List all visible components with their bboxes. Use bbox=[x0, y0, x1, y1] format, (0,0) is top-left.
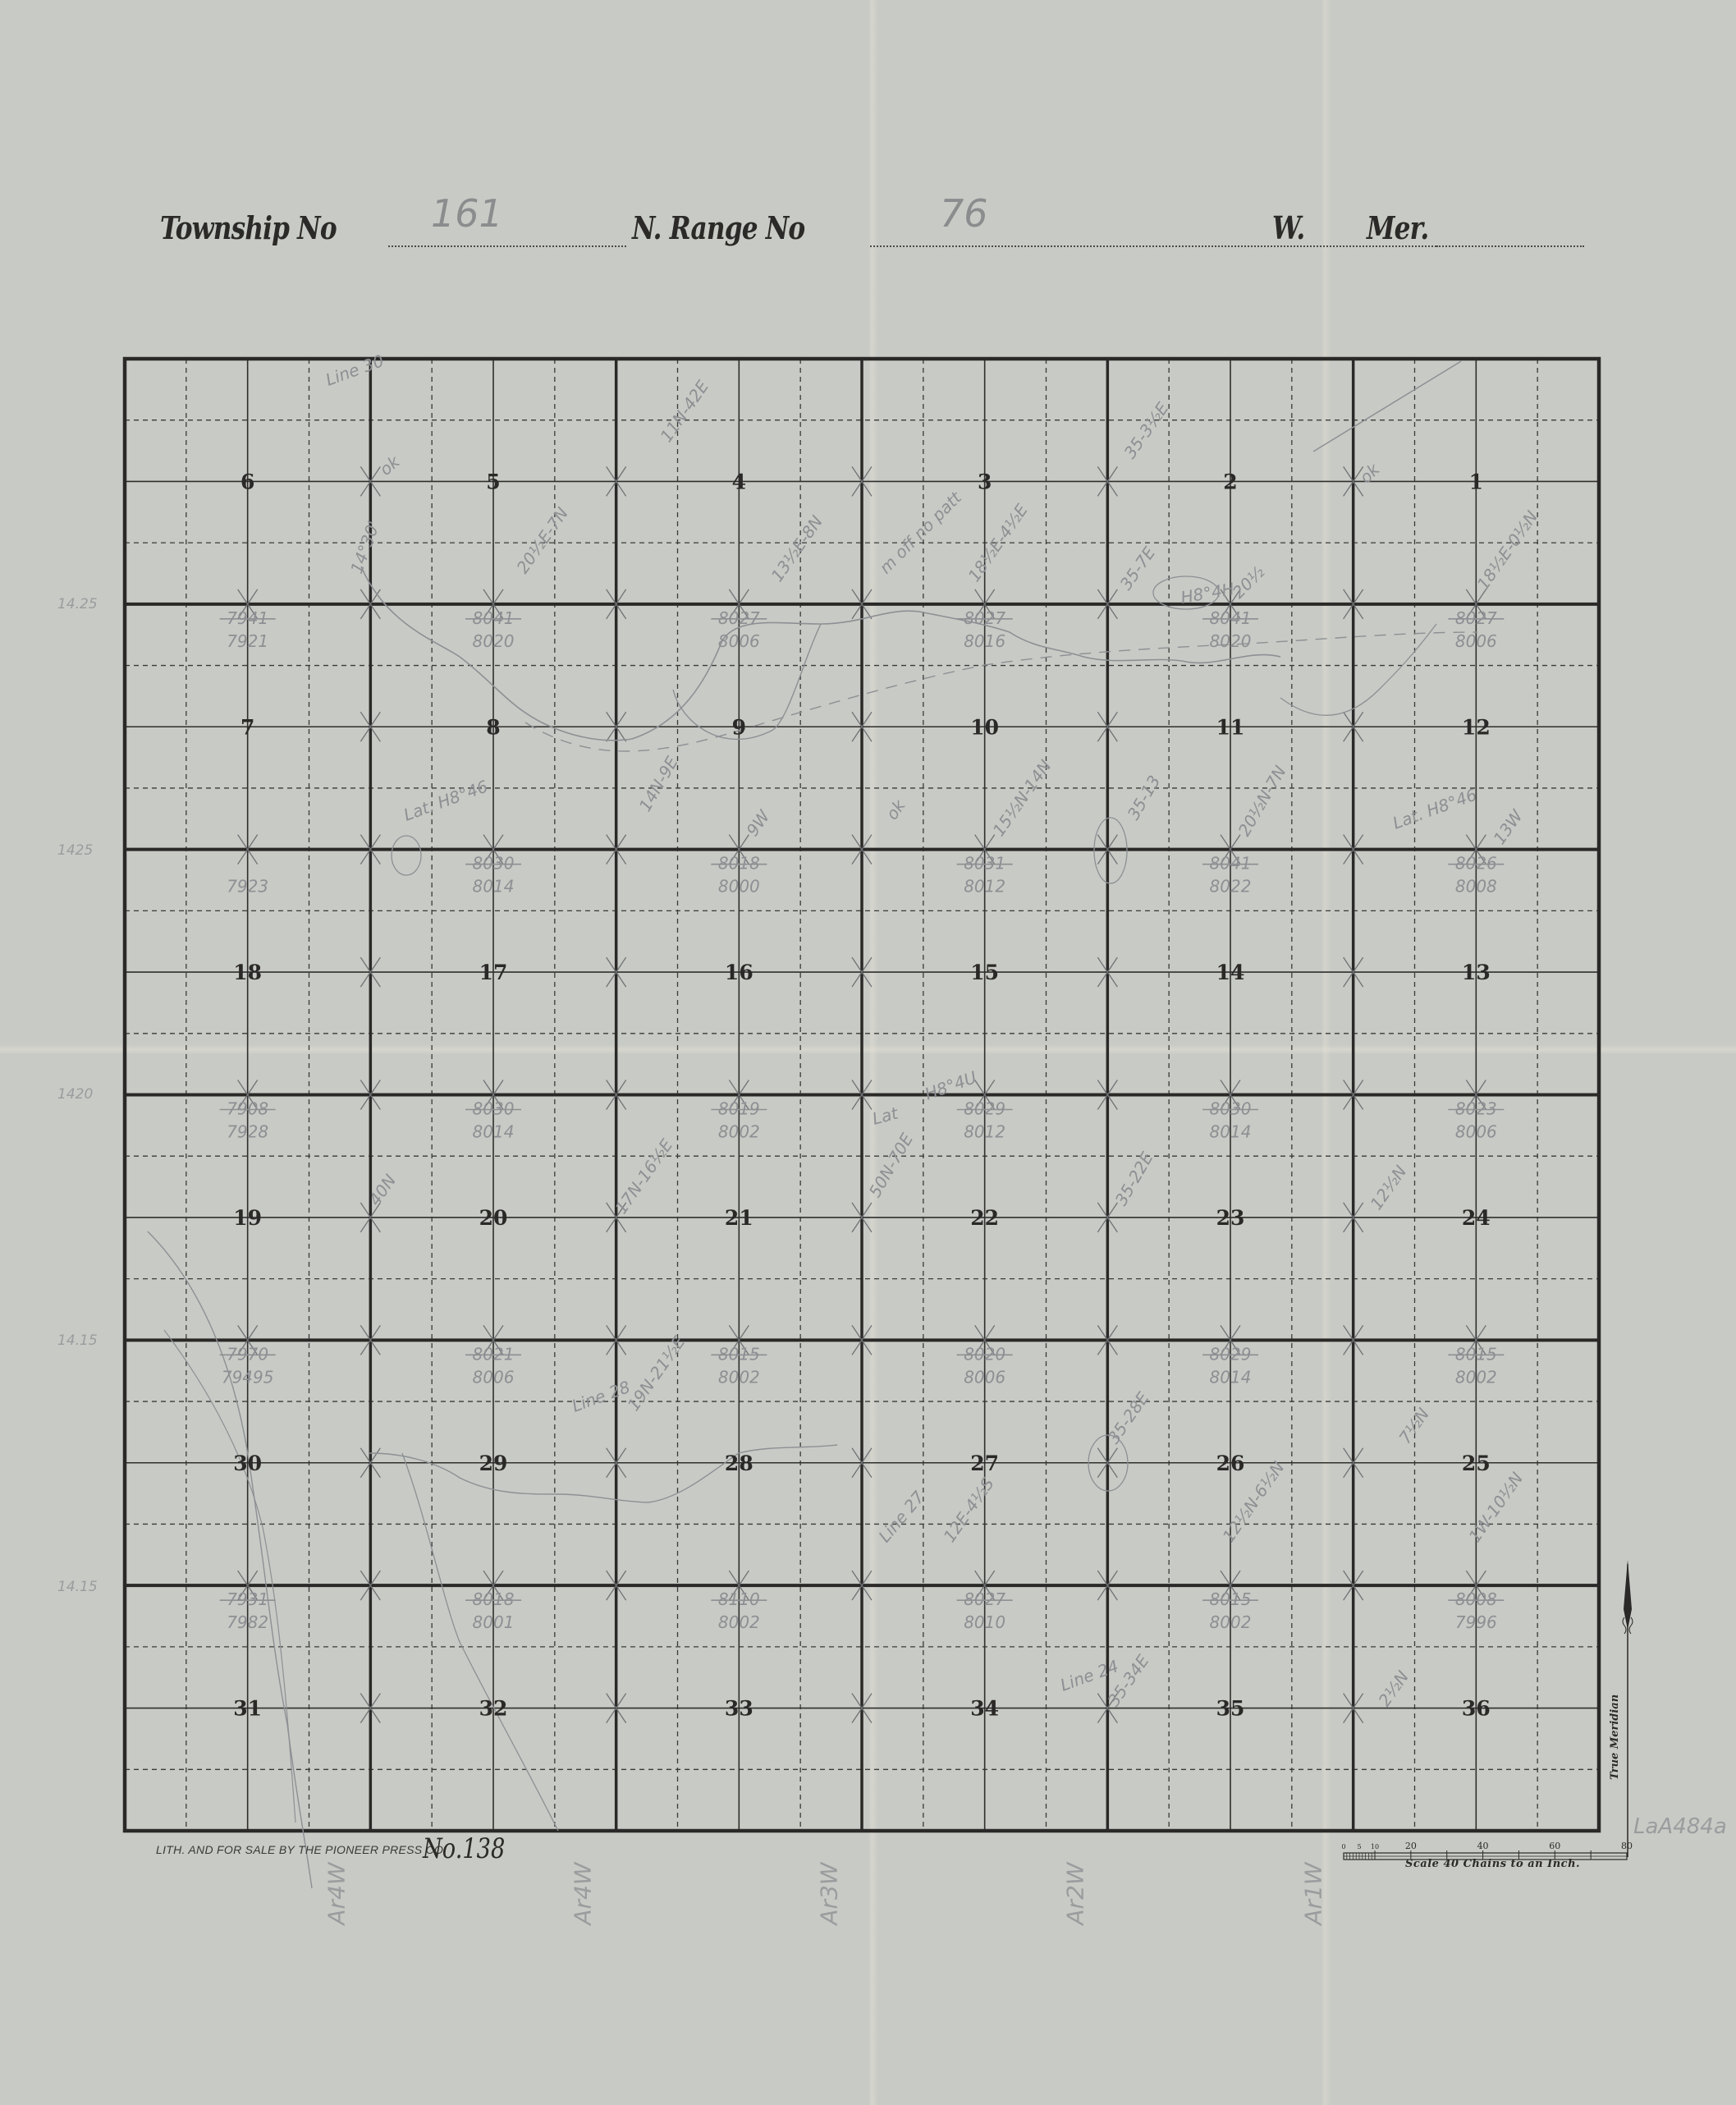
section-number: 17 bbox=[479, 961, 508, 984]
pencil-note: Line 27 bbox=[874, 1487, 928, 1546]
creek-sketch bbox=[148, 1231, 312, 1888]
range-note: Ar1W bbox=[1300, 1845, 1327, 1943]
pencil-note: 11N-42E bbox=[656, 377, 712, 446]
section-number: 26 bbox=[1216, 1451, 1245, 1475]
pencil-note: 35-7E bbox=[1115, 543, 1159, 594]
pencil-note: m off no patt bbox=[876, 487, 966, 577]
publisher-imprint: LITH. AND FOR SALE BY THE PIONEER PRESS … bbox=[156, 1843, 447, 1856]
stream-sketch bbox=[361, 566, 1280, 741]
corrected-acreage: 8014 bbox=[1210, 1122, 1252, 1142]
crossed-out-acreage: 8015 bbox=[1210, 1589, 1252, 1609]
corrected-acreage: 8006 bbox=[473, 1367, 515, 1387]
pencil-note: 50N-70E bbox=[865, 1130, 918, 1201]
stream-sketch bbox=[1280, 624, 1436, 715]
pencil-sketches bbox=[148, 361, 1477, 1888]
corrected-acreage: 8020 bbox=[1210, 631, 1252, 651]
pencil-note: 7½N bbox=[1395, 1405, 1433, 1447]
pencil-note: ok bbox=[376, 451, 405, 479]
crossed-out-acreage: 8027 bbox=[718, 608, 760, 628]
pencil-note: 2½N bbox=[1374, 1667, 1413, 1710]
pencil-note: 13½E-8N bbox=[767, 511, 827, 585]
section-number: 30 bbox=[233, 1451, 262, 1475]
pencil-note: Line 28 bbox=[570, 1377, 633, 1416]
section-number: 33 bbox=[725, 1697, 753, 1721]
crossed-out-acreage: 8023 bbox=[1455, 1099, 1497, 1119]
range-note: Ar4W bbox=[570, 1845, 597, 1943]
corrected-acreage: 8006 bbox=[1455, 1122, 1497, 1142]
section-number: 2 bbox=[1223, 470, 1237, 493]
crossed-out-acreage: 8041 bbox=[473, 608, 515, 628]
true-meridian-label: True Meridian bbox=[1609, 1695, 1621, 1780]
pencil-note: ok bbox=[1356, 459, 1385, 488]
corrected-acreage: 8008 bbox=[1455, 877, 1497, 897]
crossed-out-acreage: 8015 bbox=[1455, 1344, 1497, 1364]
corrected-acreage: 79495 bbox=[222, 1367, 274, 1387]
section-number: 8 bbox=[486, 715, 500, 739]
latitude-note: 1425 bbox=[57, 842, 93, 859]
crossed-out-acreage: 8027 bbox=[964, 1589, 1005, 1609]
pencil-note: 13W bbox=[1489, 805, 1527, 848]
scale-bar: 051020406080 bbox=[1341, 1841, 1633, 1860]
section-number: 28 bbox=[725, 1451, 753, 1475]
crossed-out-acreage: 7941 bbox=[227, 608, 268, 628]
crossed-out-acreage: 8027 bbox=[964, 608, 1005, 628]
pencil-note: 12E-4½S bbox=[939, 1474, 998, 1546]
section-number: 18 bbox=[233, 961, 262, 984]
scale-tick-label: 10 bbox=[1371, 1843, 1379, 1850]
stream-sketch bbox=[369, 1445, 837, 1502]
corrected-acreage: 8014 bbox=[473, 1122, 515, 1142]
corrected-acreage: 7921 bbox=[227, 631, 268, 651]
corrected-acreage: 8006 bbox=[718, 631, 760, 651]
section-number: 11 bbox=[1216, 715, 1245, 739]
section-number: 25 bbox=[1462, 1451, 1491, 1475]
latitude-note: 14.15 bbox=[57, 1579, 98, 1595]
scale-tick-label: 20 bbox=[1405, 1841, 1417, 1851]
section-number: 36 bbox=[1462, 1697, 1491, 1721]
latitude-note: 14.25 bbox=[57, 596, 98, 612]
section-number: 12 bbox=[1462, 715, 1491, 739]
pencil-note: Lat bbox=[870, 1103, 901, 1129]
pencil-stroke bbox=[1313, 361, 1461, 452]
corrected-acreage: 8002 bbox=[1455, 1367, 1497, 1387]
pencil-note: 1W-10½N bbox=[1464, 1469, 1527, 1546]
corrected-acreage: 8014 bbox=[473, 877, 515, 897]
section-number: 3 bbox=[978, 470, 992, 493]
corrected-acreage: 8002 bbox=[718, 1122, 760, 1142]
stream-sketch bbox=[402, 1453, 558, 1831]
section-number: 20 bbox=[479, 1206, 508, 1230]
crossed-out-acreage: 8110 bbox=[718, 1589, 760, 1609]
range-note: Ar4W bbox=[323, 1845, 350, 1943]
pencil-note: 12½N bbox=[1366, 1162, 1410, 1213]
crossed-out-acreage: 8020 bbox=[964, 1344, 1005, 1364]
scale-tick-label: 60 bbox=[1549, 1841, 1560, 1851]
range-note: Ar3W bbox=[816, 1845, 843, 1943]
catalog-note: LaA484a bbox=[1633, 1814, 1727, 1839]
section-number: 32 bbox=[479, 1697, 508, 1721]
corrected-acreage: 8014 bbox=[1210, 1367, 1252, 1387]
corrected-acreage: 8012 bbox=[964, 1122, 1005, 1142]
section-number: 16 bbox=[725, 961, 753, 984]
range-note: Ar2W bbox=[1062, 1845, 1089, 1943]
pencil-note: 35-13 bbox=[1124, 772, 1165, 823]
section-number: 27 bbox=[970, 1451, 999, 1475]
pencil-note: 35-3½E bbox=[1120, 398, 1172, 461]
township-plat-grid: 6543217891011121817161514131920212223243… bbox=[0, 0, 1736, 2105]
arrow-head-icon bbox=[1624, 1560, 1632, 1630]
corrected-acreage: 8000 bbox=[718, 877, 760, 897]
crossed-out-acreage: 7970 bbox=[227, 1344, 268, 1364]
crossed-out-acreage: 8030 bbox=[473, 1099, 515, 1119]
crossed-out-acreage: 8031 bbox=[964, 854, 1005, 874]
marsh-circle-sketch bbox=[392, 836, 421, 875]
section-number: 23 bbox=[1216, 1206, 1245, 1230]
pencil-note: 15½N-14N bbox=[988, 756, 1055, 840]
crossed-out-acreage: 8015 bbox=[718, 1344, 760, 1364]
pencil-notes: Line 30ok11N-42E35-3½Eok14°30'20½E-7N13½… bbox=[323, 351, 1542, 1710]
pencil-note: 20½E-7N bbox=[512, 503, 572, 576]
corrected-acreage: 8020 bbox=[473, 631, 515, 651]
north-arrow-icon bbox=[1623, 1560, 1633, 1857]
crossed-out-acreage: 8030 bbox=[1210, 1099, 1252, 1119]
section-number: 4 bbox=[732, 470, 746, 493]
section-number: 31 bbox=[233, 1697, 262, 1721]
section-number: 1 bbox=[1469, 470, 1483, 493]
crossed-out-acreage: 8008 bbox=[1455, 1589, 1497, 1609]
crossed-out-acreage: 8027 bbox=[1455, 608, 1497, 628]
corrected-acreage: 7923 bbox=[227, 877, 268, 897]
section-number: 10 bbox=[970, 715, 999, 739]
latitude-note: 1420 bbox=[57, 1086, 93, 1103]
section-number: 9 bbox=[732, 715, 746, 739]
corrected-acreage: 7928 bbox=[227, 1122, 268, 1142]
crossed-out-acreage: 8026 bbox=[1455, 854, 1497, 874]
corrected-acreage: 8016 bbox=[964, 631, 1005, 651]
corrected-acreage: 7996 bbox=[1455, 1612, 1497, 1632]
creek-sketch bbox=[164, 1330, 295, 1823]
corrected-acreage: 8002 bbox=[718, 1367, 760, 1387]
pencil-note: 14N-9E bbox=[635, 753, 682, 815]
section-number: 35 bbox=[1216, 1697, 1245, 1721]
pencil-note: Lat. H8°46 bbox=[401, 776, 491, 824]
section-number: 13 bbox=[1462, 961, 1491, 984]
scale-tick-label: 5 bbox=[1357, 1843, 1361, 1850]
corrected-acreage: 8001 bbox=[473, 1612, 515, 1632]
pencil-note: 20½N-7N bbox=[1234, 762, 1290, 839]
crossed-out-acreage: 8021 bbox=[473, 1344, 515, 1364]
section-number: 15 bbox=[970, 961, 999, 984]
section-number: 22 bbox=[970, 1206, 999, 1230]
crossed-out-acreage: 8018 bbox=[718, 854, 760, 874]
corrected-acreage: 7982 bbox=[227, 1612, 268, 1632]
section-number: 34 bbox=[970, 1697, 999, 1721]
plate-number: No.138 bbox=[423, 1832, 505, 1865]
crossed-out-acreage: 8029 bbox=[1210, 1344, 1252, 1364]
crossed-out-acreage: 8041 bbox=[1210, 854, 1252, 874]
crossed-out-acreage: 7931 bbox=[227, 1589, 268, 1609]
corrected-acreage: 8022 bbox=[1210, 877, 1252, 897]
corrected-acreage: 8006 bbox=[1455, 631, 1497, 651]
crossed-out-acreage: 8018 bbox=[473, 1589, 515, 1609]
pencil-note: 35-28E bbox=[1103, 1388, 1152, 1447]
corrected-acreage: 8002 bbox=[718, 1612, 760, 1632]
crossed-out-acreage: 8041 bbox=[1210, 608, 1252, 628]
section-number: 19 bbox=[233, 1206, 262, 1230]
section-number: 29 bbox=[479, 1451, 508, 1475]
scale-tick-label: 40 bbox=[1477, 1841, 1489, 1851]
pencil-note: ok bbox=[882, 795, 909, 823]
pencil-note: 9W bbox=[742, 805, 774, 839]
corrected-acreage: 8010 bbox=[964, 1612, 1005, 1632]
section-number: 6 bbox=[240, 470, 254, 493]
pencil-note: 14°30' bbox=[346, 518, 383, 576]
section-number: 24 bbox=[1462, 1206, 1491, 1230]
section-number: 5 bbox=[486, 470, 500, 493]
crossed-out-acreage: 8029 bbox=[964, 1099, 1005, 1119]
section-number: 14 bbox=[1216, 961, 1245, 984]
pencil-note: Lat. H8°46 bbox=[1390, 784, 1480, 832]
crossed-out-acreage: 8030 bbox=[473, 854, 515, 874]
pencil-note: Line 30 bbox=[323, 351, 387, 390]
scale-caption: Scale 40 Chains to an Inch. bbox=[1405, 1858, 1580, 1870]
latitude-note: 14.15 bbox=[57, 1332, 98, 1349]
pencil-note: 19N-21½E bbox=[623, 1332, 689, 1415]
pencil-note: 17N-16½E bbox=[611, 1135, 676, 1218]
corrected-acreage: 8002 bbox=[1210, 1612, 1252, 1632]
corrected-acreage: 8012 bbox=[964, 877, 1005, 897]
crossed-out-acreage: 7908 bbox=[227, 1099, 268, 1119]
pencil-note: 35-22E bbox=[1111, 1149, 1157, 1209]
section-number: 21 bbox=[725, 1206, 753, 1230]
section-number: 7 bbox=[240, 715, 254, 739]
scale-tick-label: 80 bbox=[1621, 1841, 1633, 1851]
crossed-out-acreage: 8019 bbox=[718, 1099, 760, 1119]
scale-tick-label: 0 bbox=[1341, 1843, 1345, 1850]
corrected-acreage: 8006 bbox=[964, 1367, 1005, 1387]
pencil-note: 18½E-0½N bbox=[1473, 507, 1541, 594]
